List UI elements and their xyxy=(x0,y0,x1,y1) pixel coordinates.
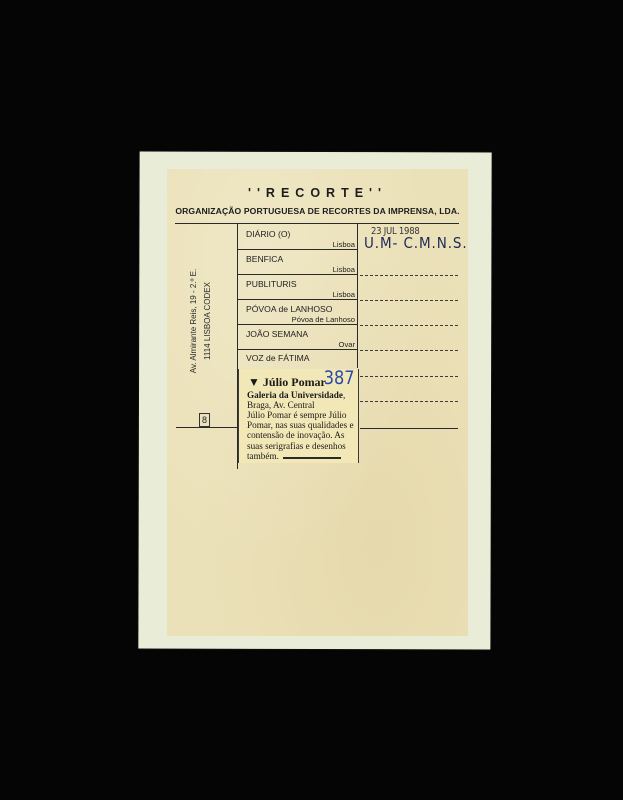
company-address: Av. Almirante Reis, 19 - 2.º E. 1114 LIS… xyxy=(187,236,223,406)
form-subtitle: ORGANIZAÇÃO PORTUGUESA DE RECORTES DA IM… xyxy=(167,206,468,216)
publication-city: Lisboa xyxy=(333,265,355,274)
stamp-line xyxy=(360,376,458,377)
stamp-line xyxy=(360,275,458,276)
top-rule xyxy=(175,223,459,224)
clipping-end-rule xyxy=(283,457,341,459)
publication-city: Lisboa xyxy=(333,290,355,299)
row-divider xyxy=(238,249,357,250)
venue-name: Galeria da Universidade xyxy=(247,390,343,400)
address-line-2: 1114 LISBOA CODEX xyxy=(201,236,215,406)
triangle-marker-icon: ▼ xyxy=(248,375,260,389)
publication-name: PÓVOA de LANHOSO xyxy=(246,304,332,314)
clipping-title: Júlio Pomar xyxy=(263,375,326,389)
stamp-line xyxy=(360,401,458,402)
clipping-venue: Galeria da Universidade, Braga, Av. Cent… xyxy=(247,391,359,410)
handwritten-code: U.M- C.M.N.S. xyxy=(364,234,468,252)
publication-name: JOÃO SEMANA xyxy=(246,329,308,339)
publication-city: Ovar xyxy=(339,340,355,349)
publication-name: DIÁRIO (O) xyxy=(246,229,290,239)
handwritten-reference: 387 xyxy=(324,367,355,389)
publication-name: BENFICA xyxy=(246,254,283,264)
publication-city: Póvoa de Lanhoso xyxy=(292,315,355,324)
stamp-line xyxy=(360,325,458,326)
publication-name: VOZ de FÁTIMA xyxy=(246,353,310,363)
form-title: ''RECORTE'' xyxy=(167,186,468,200)
newspaper-clipping: ▼ Júlio Pomar 387 Galeria da Universidad… xyxy=(238,369,359,463)
clipping-body: Júlio Pomar é sempre Júlio Pomar, nas su… xyxy=(247,410,359,461)
row-divider xyxy=(238,274,357,275)
right-column-divider xyxy=(357,223,358,368)
publication-name: PUBLITURIS xyxy=(246,279,297,289)
stamp-line xyxy=(360,428,458,429)
stamp-line xyxy=(360,350,458,351)
box-underline xyxy=(176,427,237,428)
address-line-1: Av. Almirante Reis, 19 - 2.º E. xyxy=(187,236,201,406)
clipping-heading: ▼ Júlio Pomar xyxy=(248,375,326,390)
row-divider xyxy=(238,324,357,325)
publication-city: Lisboa xyxy=(333,240,355,249)
row-divider xyxy=(238,299,357,300)
box-number: 8 xyxy=(199,413,210,427)
stamp-line xyxy=(360,300,458,301)
row-divider xyxy=(238,349,357,350)
